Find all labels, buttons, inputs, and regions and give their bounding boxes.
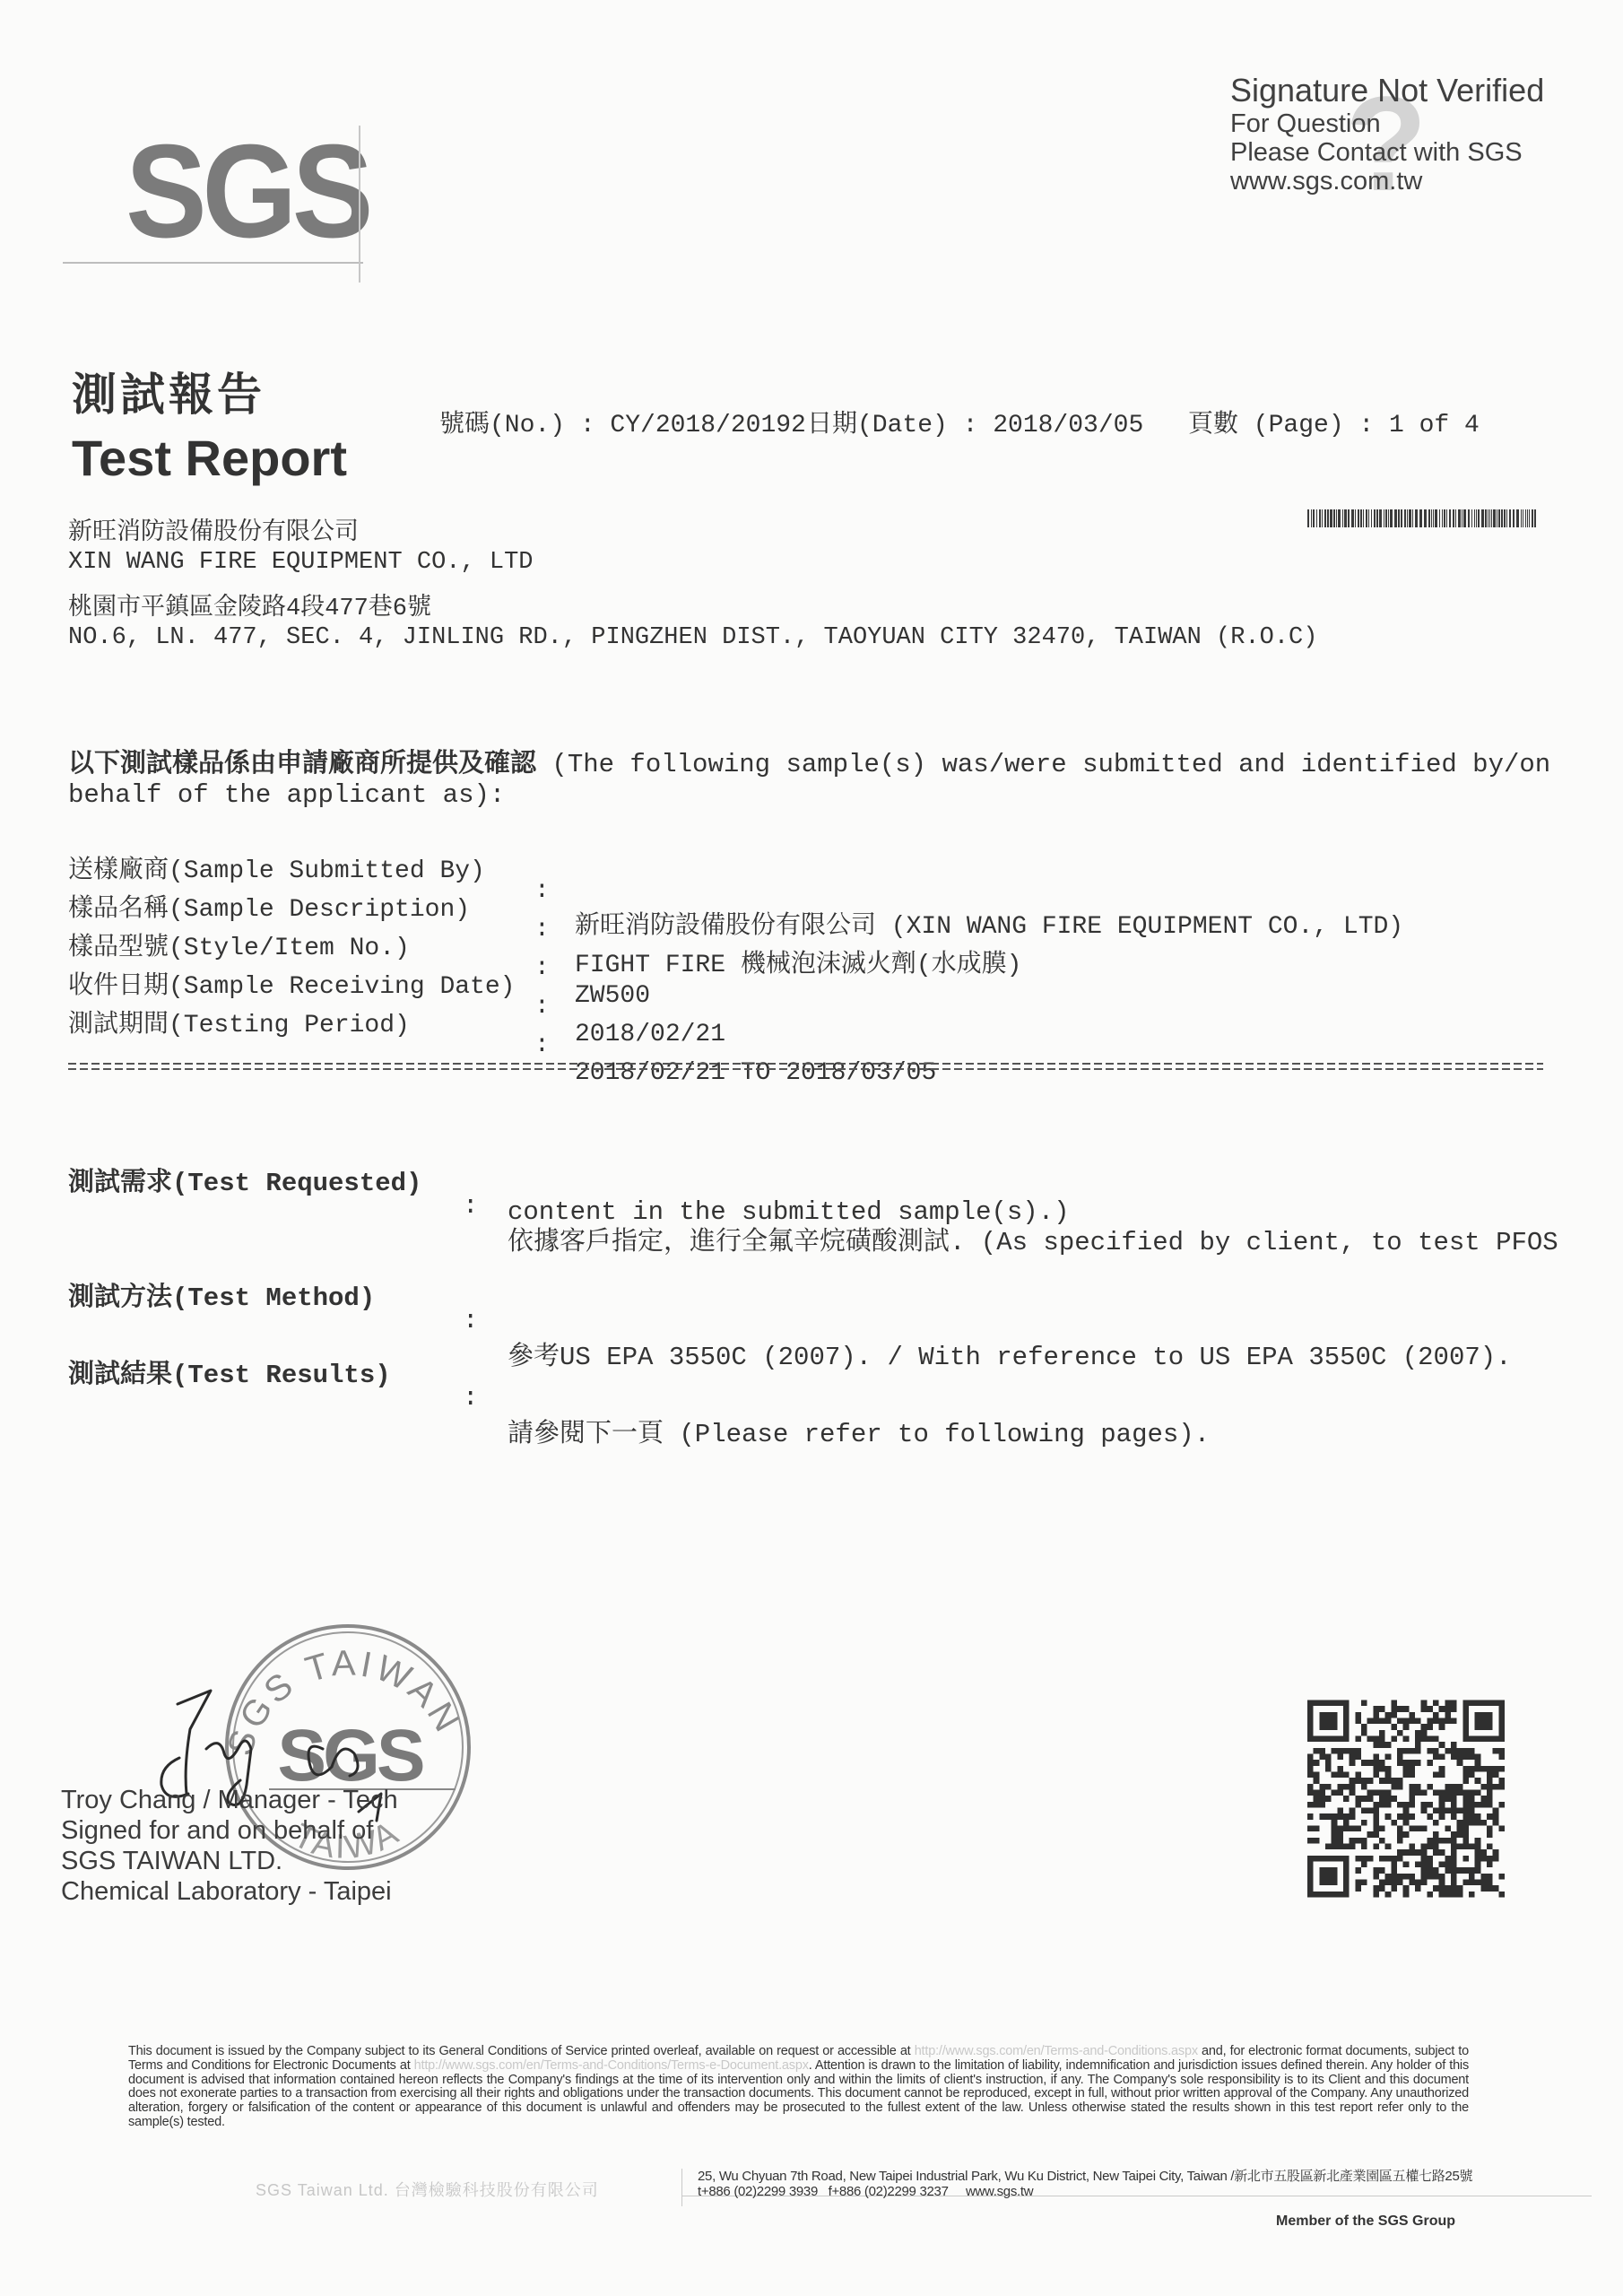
signer-name-title: Troy Chang / Manager - Tech — [61, 1785, 398, 1815]
applicant-name-zh: 新旺消防設備股份有限公司 — [68, 511, 359, 547]
signer-lab: Chemical Laboratory - Taipei — [61, 1876, 398, 1907]
disclaimer-text: This document is issued by the Company s… — [128, 2044, 915, 2058]
sgs-logo: SGS — [126, 126, 369, 258]
signature-verification-notice: Signature Not Verified For Question Plea… — [1230, 72, 1544, 196]
field-colon: : — [463, 1191, 478, 1221]
field-colon: : — [534, 1031, 550, 1059]
section-divider — [68, 1062, 1543, 1071]
qr-code-icon[interactable] — [1307, 1698, 1505, 1900]
footer-company: SGS Taiwan Ltd. 台灣檢驗科技股份有限公司 — [256, 2178, 599, 2201]
field-colon: : — [463, 1306, 478, 1335]
field-label: 收件日期(Sample Receiving Date) — [68, 965, 515, 1001]
field-label: 測試期間(Testing Period) — [68, 1004, 410, 1039]
field-testing-period: 測試期間(Testing Period) : 2018/02/21 TO 201… — [68, 976, 128, 1115]
verification-link[interactable]: www.sgs.com.tw — [1230, 167, 1544, 196]
page-title-zh: 測試報告 — [72, 359, 265, 423]
footer-address: 25, Wu Chyuan 7th Road, New Taipei Indus… — [698, 2169, 1472, 2199]
test-method-value: 參考US EPA 3550C (2007). / With reference … — [508, 1335, 1512, 1372]
sample-intro-en: (The following sample(s) was/were submit… — [536, 750, 1550, 779]
footer-member: Member of the SGS Group — [1276, 2213, 1455, 2230]
field-colon: : — [534, 993, 550, 1021]
signed-for-text: Signed for and on behalf of — [61, 1815, 398, 1846]
page-count: 頁數 (Page) : 1 of 4 — [1188, 404, 1480, 439]
field-value: FIGHT FIRE 機械泡沫滅火劑(水成膜) — [575, 944, 1021, 979]
sample-intro-line2: behalf of the applicant as): — [68, 780, 505, 810]
signer-block: Troy Chang / Manager - TechSigned for an… — [61, 1785, 398, 1907]
terms-link[interactable]: http://www.sgs.com/en/Terms-and-Conditio… — [915, 2044, 1198, 2058]
test-results-value: 請參閱下一頁 (Please refer to following pages)… — [508, 1413, 1210, 1449]
logo-divider-horizontal — [63, 262, 363, 264]
footer-address-line: 25, Wu Chyuan 7th Road, New Taipei Indus… — [698, 2169, 1472, 2184]
barcode-icon — [1307, 509, 1538, 527]
field-value: 新旺消防設備股份有限公司 (XIN WANG FIRE EQUIPMENT CO… — [575, 905, 1403, 941]
sample-intro: 以下測試樣品係由申請廠商所提供及確認 (The following sample… — [68, 743, 1550, 779]
field-colon: : — [534, 877, 550, 905]
applicant-name-en: XIN WANG FIRE EQUIPMENT CO., LTD — [68, 549, 533, 576]
field-value: 2018/02/21 — [575, 1021, 725, 1048]
sample-intro-zh: 以下測試樣品係由申請廠商所提供及確認 — [68, 747, 536, 778]
footer-contact-line: t+886 (02)2299 3939 f+886 (02)2299 3237 … — [698, 2184, 1472, 2199]
field-colon: : — [534, 954, 550, 982]
test-results-label: 測試結果(Test Results) — [68, 1353, 391, 1390]
verification-line-contact: Please Contact with SGS — [1230, 138, 1544, 167]
test-requested-cont: content in the submitted sample(s).) — [68, 1168, 100, 1227]
test-requested-label: 測試需求(Test Requested) — [68, 1161, 421, 1198]
e-document-terms-link[interactable]: http://www.sgs.com/en/Terms-and-Conditio… — [414, 2058, 809, 2073]
legal-disclaimer: This document is issued by the Company s… — [128, 2045, 1469, 2130]
report-date: 日期(Date) : 2018/03/05 — [807, 404, 1143, 439]
report-number: 號碼(No.) : CY/2018/20192 — [439, 404, 806, 439]
footer-divider-vertical — [681, 2169, 682, 2206]
page-title-en: Test Report — [72, 429, 347, 487]
applicant-address-zh: 桃園市平鎮區金陵路4段477巷6號 — [68, 587, 431, 622]
verification-status: Signature Not Verified — [1230, 72, 1544, 109]
field-colon: : — [534, 916, 550, 944]
test-requested-value-cont: content in the submitted sample(s).) — [508, 1197, 1070, 1227]
test-results: 測試結果(Test Results) : 請參閱下一頁 (Please refe… — [68, 1324, 100, 1442]
verification-line-question: For Question — [1230, 109, 1544, 138]
test-method-label: 測試方法(Test Method) — [68, 1276, 375, 1313]
field-colon: : — [463, 1383, 478, 1413]
signer-company: SGS TAIWAN LTD. — [61, 1846, 398, 1876]
logo-divider-vertical — [359, 126, 360, 283]
field-value: ZW500 — [575, 982, 650, 1010]
applicant-address-en: NO.6, LN. 477, SEC. 4, JINLING RD., PING… — [68, 624, 1317, 651]
field-label: 送樣廠商(Sample Submitted By) — [68, 849, 485, 885]
